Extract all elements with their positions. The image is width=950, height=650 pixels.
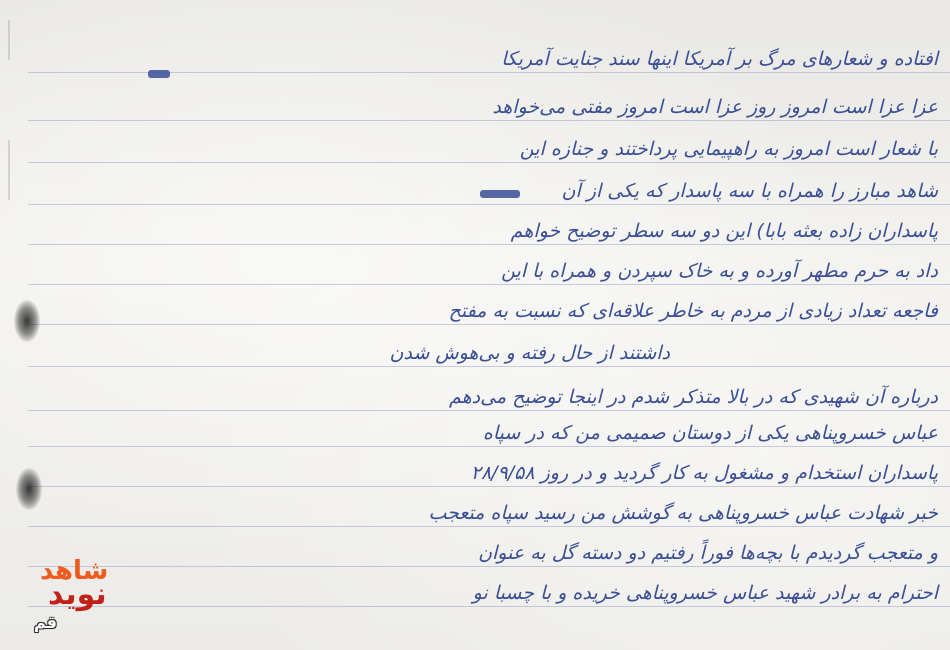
letter-line: پاسداران استخدام و مشغول به کار گردید و … xyxy=(471,462,938,484)
letter-line: احترام به برادر شهید عباس خسروپناهی خرید… xyxy=(473,582,938,604)
letter-line: فاجعه تعداد زیادی از مردم به خاطر علاقه‌… xyxy=(449,300,938,322)
letter-line: پاسداران زاده بعثه بابا) این دو سه سطر ت… xyxy=(511,220,938,242)
ruled-line xyxy=(28,162,950,163)
ruled-line xyxy=(28,204,950,205)
ruled-line xyxy=(28,120,950,121)
crossed-out-word xyxy=(480,190,520,198)
letter-line: خبر شهادت عباس خسروپناهی به گوشش من رسید… xyxy=(428,502,938,524)
ink-smudge xyxy=(14,300,40,342)
letter-line: و متعجب گردیدم با بچه‌ها فوراً رفتیم دو … xyxy=(478,542,938,564)
letter-line: شاهد مبارز را همراه با سه پاسدار که یکی … xyxy=(562,180,938,202)
crossed-out-word xyxy=(148,70,170,78)
ruled-line xyxy=(28,410,950,411)
ruled-line xyxy=(28,244,950,245)
watermark-logo: شاهد نوید قم xyxy=(34,558,104,638)
paper-crease xyxy=(8,20,10,60)
ruled-line xyxy=(28,366,950,367)
scanned-letter-page: افتاده و شعارهای مرگ بر آمریکا اینها سند… xyxy=(0,0,950,650)
ruled-line xyxy=(28,526,950,527)
ruled-line xyxy=(28,284,950,285)
ink-smudge xyxy=(16,468,42,510)
paper-crease xyxy=(8,140,10,200)
letter-line: درباره آن شهیدی که در بالا متذکر شدم در … xyxy=(449,386,938,408)
ruled-line xyxy=(28,566,950,567)
letter-line: داد به حرم مطهر آورده و به خاک سپردن و ه… xyxy=(501,260,938,282)
ruled-line xyxy=(28,486,950,487)
ruled-line xyxy=(28,606,950,607)
letter-line: عباس خسروپناهی یکی از دوستان صمیمی من که… xyxy=(483,422,938,444)
letter-line: عزا عزا است امروز روز عزا است امروز مفتی… xyxy=(492,96,938,118)
letter-line: با شعار است امروز به راهپیمایی پرداختند … xyxy=(520,138,938,160)
ruled-line xyxy=(28,324,950,325)
letter-line: داشتند از حال رفته و بی‌هوش شدن xyxy=(390,342,670,364)
ruled-line xyxy=(28,446,950,447)
letter-line: افتاده و شعارهای مرگ بر آمریکا اینها سند… xyxy=(501,48,938,70)
logo-text-navid: نوید xyxy=(48,580,107,610)
logo-text-qom: قم xyxy=(34,614,57,632)
